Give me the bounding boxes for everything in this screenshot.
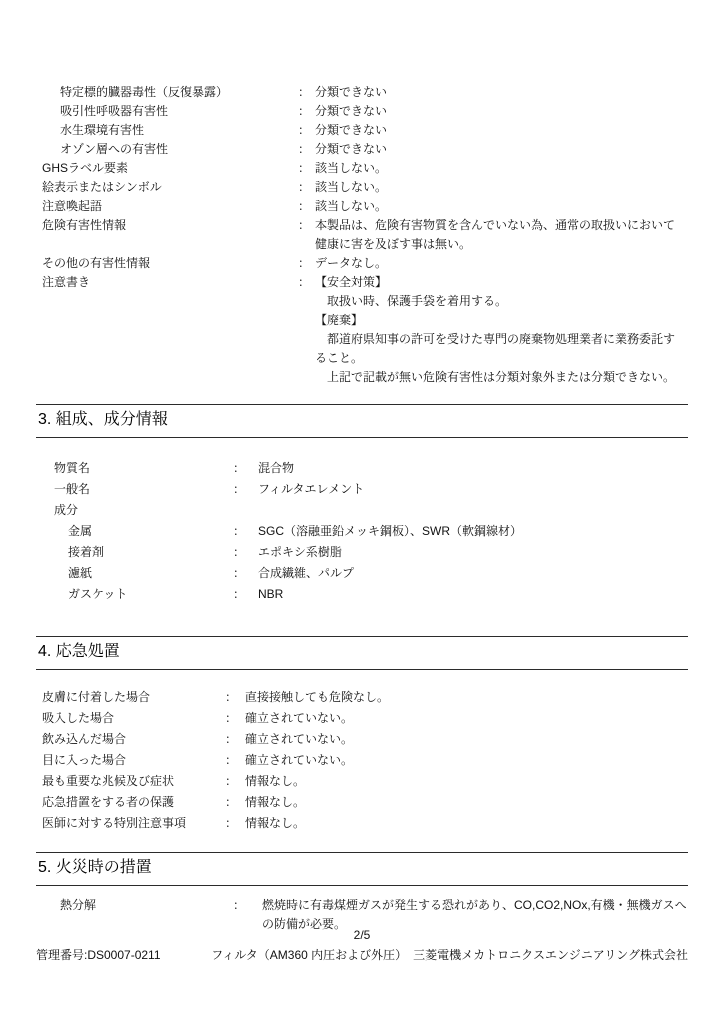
page-number: 2/5: [0, 928, 724, 942]
row-colon: ：: [233, 479, 258, 500]
hazard-row: 都道府県知事の許可を受けた専門の廃棄物処理業者に業務委託すること。: [42, 330, 692, 368]
row-colon: ：: [225, 729, 245, 750]
first-aid-row: 皮膚に付着した場合 ： 直接接触しても危険なし。: [42, 687, 675, 708]
hazard-row: 取扱い時、保護手袋を着用する。: [42, 292, 692, 311]
row-colon: ：: [298, 102, 315, 121]
row-label: 医師に対する特別注意事項: [42, 813, 225, 834]
hazard-row: 上記で記載が無い危険有害性は分類対象外または分類できない。: [42, 368, 692, 387]
row-label: 危険有害性情報: [42, 216, 298, 254]
row-label: オゾン層への有害性: [42, 140, 298, 159]
composition-row: 一般名 ： フィルタエレメント: [54, 479, 678, 500]
hazard-row: 注意書き ： 【安全対策】: [42, 273, 692, 292]
row-value: 該当しない。: [315, 178, 677, 197]
hazard-row: GHSラベル要素 ： 該当しない。: [42, 159, 692, 178]
hazard-row: 特定標的臓器毒性（反復暴露） ： 分類できない: [42, 83, 692, 102]
row-label: [42, 330, 298, 368]
composition-row: ガスケット ： NBR: [54, 584, 678, 605]
row-colon: [298, 368, 315, 387]
row-value: [258, 500, 678, 521]
row-colon: ：: [233, 542, 258, 563]
section-first-aid-title: 4. 応急処置: [38, 643, 120, 660]
composition-row: 成分: [54, 500, 678, 521]
row-colon: ：: [298, 273, 315, 292]
row-value: 確立されていない。: [245, 708, 675, 729]
row-colon: ：: [233, 458, 258, 479]
row-value: データなし。: [315, 254, 677, 273]
row-colon: ：: [233, 521, 258, 542]
row-label: 吸入した場合: [42, 708, 225, 729]
page-footer: 管理番号:DS0007-0211 フィルタ（AM360 内圧および外圧） 三菱電…: [36, 946, 688, 963]
composition-row: 接着剤 ： エポキシ系樹脂: [54, 542, 678, 563]
row-label: ガスケット: [54, 584, 233, 605]
row-label: 最も重要な兆候及び症状: [42, 771, 225, 792]
sds-document-page: 特定標的臓器毒性（反復暴露） ： 分類できない 吸引性呼吸器有害性 ： 分類でき…: [0, 0, 724, 1024]
row-label: [42, 368, 298, 387]
row-colon: ：: [233, 563, 258, 584]
section-fire-measures-title: 5. 火災時の措置: [38, 859, 152, 876]
row-colon: ：: [298, 216, 315, 254]
row-colon: ：: [225, 708, 245, 729]
row-colon: [298, 330, 315, 368]
composition-row: 金属 ： SGC（溶融亜鉛メッキ鋼板）、SWR（軟鋼線材）: [54, 521, 678, 542]
footer-control-number: 管理番号:DS0007-0211: [36, 946, 161, 963]
row-value: 混合物: [258, 458, 678, 479]
section-first-aid-header: 4. 応急処置: [36, 636, 688, 670]
footer-product-company: フィルタ（AM360 内圧および外圧） 三菱電機メカトロニクスエンジニアリング株…: [211, 946, 688, 963]
row-label: 皮膚に付着した場合: [42, 687, 225, 708]
row-label: 一般名: [54, 479, 233, 500]
hazard-row: 吸引性呼吸器有害性 ： 分類できない: [42, 102, 692, 121]
row-value: 情報なし。: [245, 813, 675, 834]
row-value: エポキシ系樹脂: [258, 542, 678, 563]
row-value: 情報なし。: [245, 792, 675, 813]
row-label: 成分: [54, 500, 233, 521]
row-colon: [233, 500, 258, 521]
row-value: 確立されていない。: [245, 729, 675, 750]
row-value: フィルタエレメント: [258, 479, 678, 500]
hazard-row: 絵表示またはシンボル ： 該当しない。: [42, 178, 692, 197]
first-aid-row: 応急措置をする者の保護 ： 情報なし。: [42, 792, 675, 813]
row-value: 都道府県知事の許可を受けた専門の廃棄物処理業者に業務委託すること。: [315, 330, 677, 368]
composition-block: 物質名 ： 混合物 一般名 ： フィルタエレメント 成分 金属 ： SGC（溶融…: [54, 458, 678, 605]
hazard-classification-block: 特定標的臓器毒性（反復暴露） ： 分類できない 吸引性呼吸器有害性 ： 分類でき…: [42, 83, 692, 387]
section-composition-title: 3. 組成、成分情報: [38, 411, 168, 428]
row-label: 物質名: [54, 458, 233, 479]
row-colon: ：: [225, 813, 245, 834]
row-label: 飲み込んだ場合: [42, 729, 225, 750]
hazard-row: 注意喚起語 ： 該当しない。: [42, 197, 692, 216]
row-colon: ：: [298, 159, 315, 178]
row-colon: [298, 311, 315, 330]
row-colon: ：: [225, 750, 245, 771]
row-label: 目に入った場合: [42, 750, 225, 771]
row-label: 注意書き: [42, 273, 298, 292]
row-colon: ：: [233, 584, 258, 605]
row-value: 該当しない。: [315, 197, 677, 216]
row-value: 取扱い時、保護手袋を着用する。: [315, 292, 677, 311]
section-composition-header: 3. 組成、成分情報: [36, 404, 688, 438]
row-colon: ：: [298, 121, 315, 140]
row-value: 上記で記載が無い危険有害性は分類対象外または分類できない。: [315, 368, 677, 387]
row-label: その他の有害性情報: [42, 254, 298, 273]
row-label: [42, 292, 298, 311]
row-colon: ：: [225, 687, 245, 708]
row-value: 該当しない。: [315, 159, 677, 178]
row-label: [42, 311, 298, 330]
row-value: 情報なし。: [245, 771, 675, 792]
row-label: 濾紙: [54, 563, 233, 584]
hazard-row: オゾン層への有害性 ： 分類できない: [42, 140, 692, 159]
row-value: 確立されていない。: [245, 750, 675, 771]
first-aid-row: 吸入した場合 ： 確立されていない。: [42, 708, 675, 729]
row-colon: ：: [298, 197, 315, 216]
row-value: 分類できない: [315, 102, 677, 121]
hazard-row: 危険有害性情報 ： 本製品は、危険有害物質を含んでいない為、通常の取扱いにおいて…: [42, 216, 692, 254]
row-label: 注意喚起語: [42, 197, 298, 216]
row-colon: ：: [298, 178, 315, 197]
first-aid-row: 目に入った場合 ： 確立されていない。: [42, 750, 675, 771]
row-value: 分類できない: [315, 140, 677, 159]
first-aid-row: 最も重要な兆候及び症状 ： 情報なし。: [42, 771, 675, 792]
section-fire-measures-header: 5. 火災時の措置: [36, 852, 688, 886]
row-label: 金属: [54, 521, 233, 542]
row-colon: ：: [225, 771, 245, 792]
row-label: 水生環境有害性: [42, 121, 298, 140]
row-colon: ：: [298, 83, 315, 102]
row-value: 合成繊維、パルプ: [258, 563, 678, 584]
row-value: 本製品は、危険有害物質を含んでいない為、通常の取扱いにおいて健康に害を及ぼす事は…: [315, 216, 677, 254]
row-label: 吸引性呼吸器有害性: [42, 102, 298, 121]
first-aid-row: 医師に対する特別注意事項 ： 情報なし。: [42, 813, 675, 834]
composition-row: 物質名 ： 混合物: [54, 458, 678, 479]
row-label: 接着剤: [54, 542, 233, 563]
composition-row: 濾紙 ： 合成繊維、パルプ: [54, 563, 678, 584]
first-aid-row: 飲み込んだ場合 ： 確立されていない。: [42, 729, 675, 750]
row-label: 応急措置をする者の保護: [42, 792, 225, 813]
row-value: 分類できない: [315, 121, 677, 140]
row-value: SGC（溶融亜鉛メッキ鋼板）、SWR（軟鋼線材）: [258, 521, 678, 542]
row-colon: ：: [298, 254, 315, 273]
row-colon: ：: [225, 792, 245, 813]
row-colon: ：: [298, 140, 315, 159]
row-label: 特定標的臓器毒性（反復暴露）: [42, 83, 298, 102]
row-label: GHSラベル要素: [42, 159, 298, 178]
row-label: 絵表示またはシンボル: [42, 178, 298, 197]
row-value: 直接接触しても危険なし。: [245, 687, 675, 708]
hazard-row: その他の有害性情報 ： データなし。: [42, 254, 692, 273]
row-value: 【安全対策】: [315, 273, 677, 292]
row-value: NBR: [258, 584, 678, 605]
hazard-row: 【廃棄】: [42, 311, 692, 330]
first-aid-block: 皮膚に付着した場合 ： 直接接触しても危険なし。 吸入した場合 ： 確立されてい…: [42, 687, 675, 834]
row-value: 分類できない: [315, 83, 677, 102]
row-colon: [298, 292, 315, 311]
row-value: 【廃棄】: [315, 311, 677, 330]
hazard-row: 水生環境有害性 ： 分類できない: [42, 121, 692, 140]
